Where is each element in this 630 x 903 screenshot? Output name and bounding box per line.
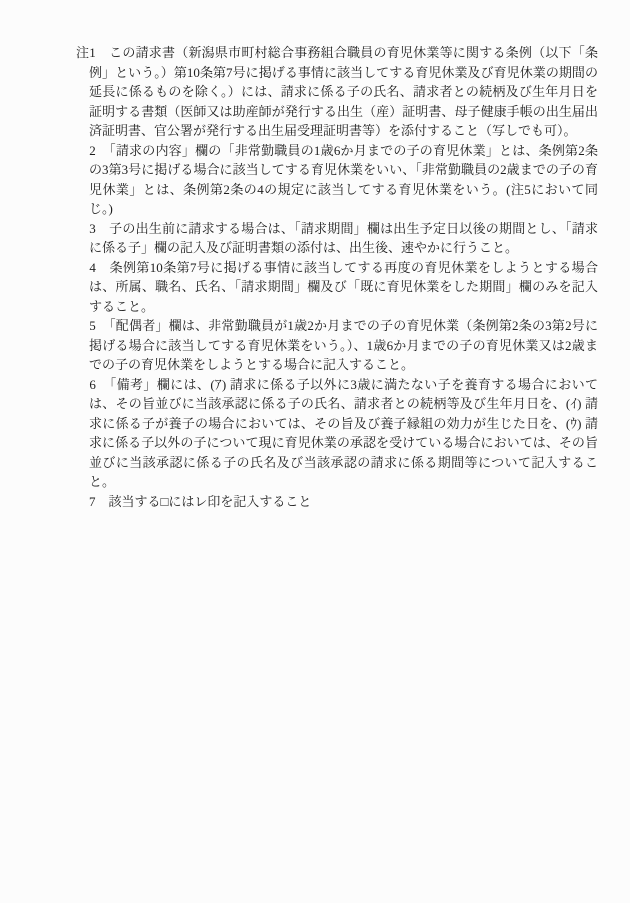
note-marker: 4 (76, 260, 110, 275)
note-item-1: 注1 この請求書（新潟県市町村総合事務組合職員の育児休業等に関する条例（以下「条… (76, 43, 598, 141)
note-marker: 6 (76, 377, 110, 392)
note-item-7: 7 該当する□にはレ印を記入すること (76, 492, 598, 512)
document-page: 注1 この請求書（新潟県市町村総合事務組合職員の育児休業等に関する条例（以下「条… (0, 0, 630, 903)
note-item-3: 3 子の出生前に請求する場合は、「請求期間」欄は出生予定日以後の期間とし、「請求… (76, 219, 598, 258)
note-marker: 3 (76, 221, 109, 236)
note-marker: 7 (76, 494, 109, 509)
note-text: 条例第10条第7号に掲げる事情に該当してする再度の育児休業をしようとする場合は、… (89, 260, 598, 314)
note-text: 該当する□にはレ印を記入すること (109, 494, 312, 509)
note-text: 「配偶者」欄は、非常勤職員が1歳2か月までの子の育児休業（条例第2条の3第2号に… (89, 318, 598, 372)
note-item-6: 6 「備考」欄には、(ｱ) 請求に係る子以外に3歳に満たない子を養育する場合にお… (76, 375, 598, 492)
note-text: 子の出生前に請求する場合は、「請求期間」欄は出生予定日以後の期間とし、「請求に係… (89, 221, 598, 256)
notes-section: 注1 この請求書（新潟県市町村総合事務組合職員の育児休業等に関する条例（以下「条… (76, 43, 598, 511)
note-marker: 注1 (76, 45, 109, 60)
note-item-5: 5 「配偶者」欄は、非常勤職員が1歳2か月までの子の育児休業（条例第2条の3第2… (76, 316, 598, 375)
note-text: 「備考」欄には、(ｱ) 請求に係る子以外に3歳に満たない子を養育する場合において… (89, 377, 598, 490)
note-text: この請求書（新潟県市町村総合事務組合職員の育児休業等に関する条例（以下「条例」と… (89, 45, 598, 138)
note-item-4: 4 条例第10条第7号に掲げる事情に該当してする再度の育児休業をしようとする場合… (76, 258, 598, 317)
note-marker: 2 (76, 143, 109, 158)
note-text: 「請求の内容」欄の「非常勤職員の1歳6か月までの子の育児休業」とは、条例第2条の… (89, 143, 598, 217)
note-item-2: 2 「請求の内容」欄の「非常勤職員の1歳6か月までの子の育児休業」とは、条例第2… (76, 141, 598, 219)
note-marker: 5 (76, 318, 109, 333)
